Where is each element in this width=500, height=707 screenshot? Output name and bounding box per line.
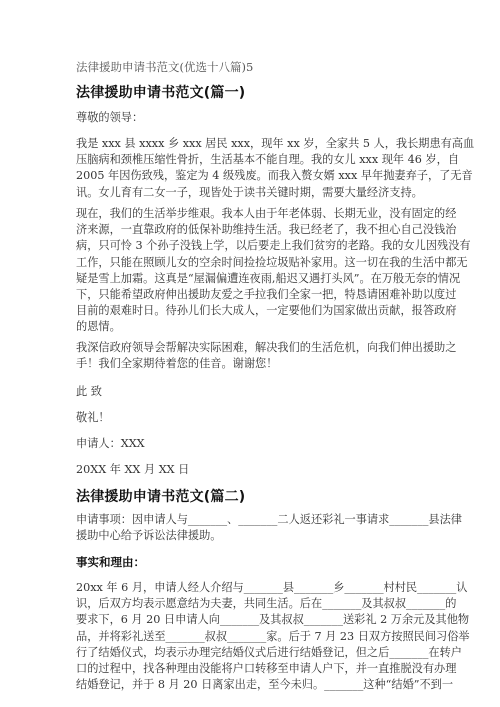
text-line: 疑是雪上加霜。这真是“屋漏偏遭连夜雨,船迟又遇打头风”。在万般无奈的情况: [76, 271, 426, 287]
section-heading-1: 法律援助申请书范文(篇一): [76, 82, 245, 102]
facts-subheading: 事实和理由：: [76, 554, 145, 570]
document-title: 法律援助申请书范文(优选十八篇)5: [76, 59, 253, 75]
paragraph-2: 现在，我们的生活举步维艰。我本人由于年老体弱、长期无业，没有固定的经 济来源，一…: [76, 206, 426, 336]
text-line: 下，只能希望政府伸出援助友爱之手拉我们全家一把，特恳请困难补助以度过: [76, 287, 426, 303]
salutation: 尊敬的领导：: [76, 110, 426, 126]
paragraph-1: 我是 xxx 县 xxxx 乡 xxx 居民 xxx，现年 xx 岁，全家共 5…: [76, 136, 426, 201]
section-heading-2: 法律援助申请书范文(篇二): [76, 486, 245, 506]
text-line: 2005 年因伤致残，鉴定为 4 级残废。而我入赘女婿 xxx 早年抛妻弃子，了…: [76, 168, 426, 184]
text-line: 病，只可怜 3 个孙子没钱上学，以后要走上我们贫穷的老路。我的女儿因残没有: [76, 238, 426, 254]
text-line: 口的过程中，找各种理由没能将户口转移至申请人户下，并一直推脱没有办理: [76, 661, 426, 677]
text-line: 行了结婚仪式，均表示办理完结婚仪式后进行结婚登记，但之后_______在转户: [76, 645, 426, 661]
regards: 敬礼！: [76, 410, 426, 426]
text-line: 的恩情。: [76, 319, 426, 335]
request-paragraph: 申请事项：因申请人与_______、_______二人返还彩礼一事请求_____…: [76, 512, 426, 544]
text-line: 讯。女儿育有二女一子，现皆处于读书关键时期，需要大量经济支持。: [76, 185, 426, 201]
text-line: 识，后双方均表示愿意结为夫妻，共同生活。后在_______及其叔叔_______…: [76, 596, 426, 612]
date-line: 20XX 年 XX 月 XX 日: [76, 462, 426, 478]
text-line: 现在，我们的生活举步维艰。我本人由于年老体弱、长期无业，没有固定的经: [76, 206, 426, 222]
text-line: 品，并将彩礼送至_______叔叔_______家。后于 7 月 23 日双方按…: [76, 629, 426, 645]
facts-paragraph: 20xx 年 6 月，申请人经人介绍与_______县_______乡_____…: [76, 580, 426, 693]
text-line: 要求下，6 月 20 日申请人向_______及其叔叔_______送彩礼 2 …: [76, 612, 426, 628]
closing: 此 致: [76, 384, 426, 400]
text-line: 援助中心给予诉讼法律援助。: [76, 528, 426, 544]
text-line: 申请事项：因申请人与_______、_______二人返还彩礼一事请求_____…: [76, 512, 426, 528]
text-line: 工作，只能在照顾儿女的空余时间捡捡垃圾贴补家用。这一切在我的生活中都无: [76, 255, 426, 271]
text-line: 我深信政府领导会帮解决实际困难，解决我们的生活危机，向我们伸出援助之: [76, 340, 426, 356]
text-line: 我是 xxx 县 xxxx 乡 xxx 居民 xxx，现年 xx 岁，全家共 5…: [76, 136, 426, 152]
applicant-signature: 申请人：XXX: [76, 436, 426, 452]
text-line: 20xx 年 6 月，申请人经人介绍与_______县_______乡_____…: [76, 580, 426, 596]
text-line: 目前的艰难时日。待孙儿们长大成人，一定要他们为国家做出贡献，报答政府: [76, 303, 426, 319]
text-line: 济来源，一直靠政府的低保补助维持生活。我已经老了，我不担心自己没钱治: [76, 222, 426, 238]
text-line: 手！我们全家期待着您的佳音。谢谢您！: [76, 356, 426, 372]
text-line: 压脑病和颈椎压缩性骨折，生活基本不能自理。我的女儿 xxx 现年 46 岁，自: [76, 152, 426, 168]
paragraph-3: 我深信政府领导会帮解决实际困难，解决我们的生活危机，向我们伸出援助之 手！我们全…: [76, 340, 426, 372]
text-line: 结婚登记，并于 8 月 20 日离家出走，至今未归。_______这种“结婚”不…: [76, 677, 426, 693]
